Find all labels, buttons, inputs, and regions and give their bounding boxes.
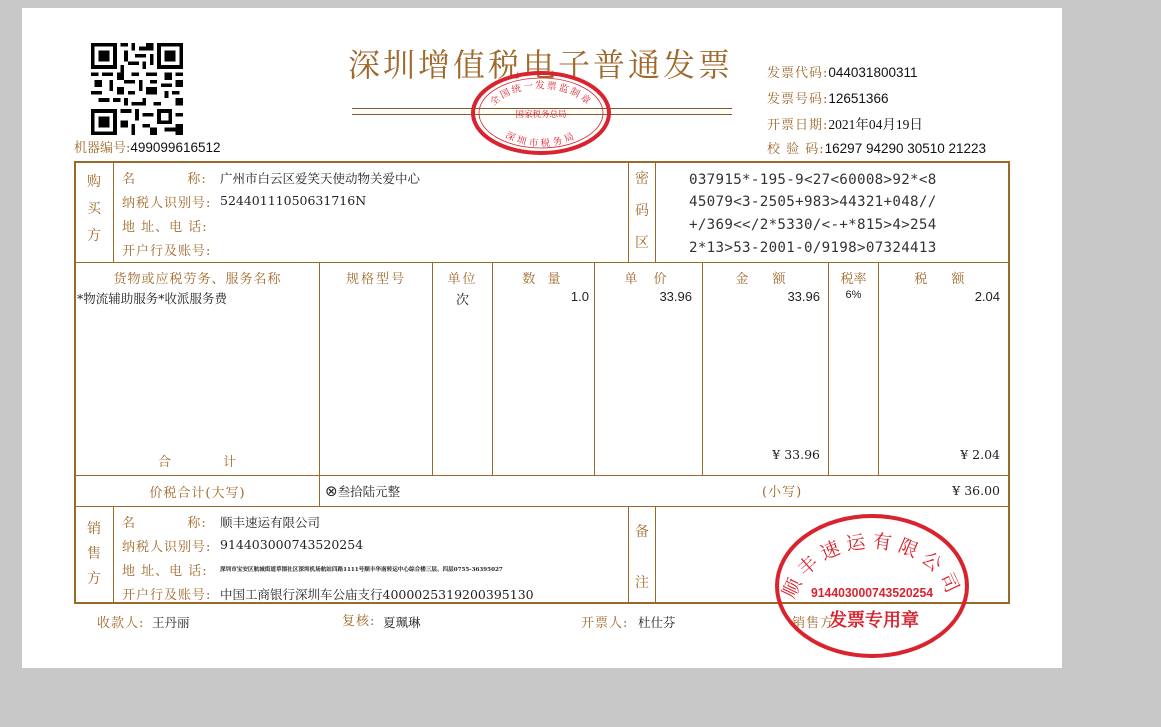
divider-remarks-label: [655, 506, 656, 604]
buyer-name-label: 名 称:: [122, 168, 207, 187]
invoice-code: 发票代码:044031800311: [767, 62, 918, 81]
check-code-value: 16297 94290 30510 21223: [825, 141, 986, 156]
grand-total-upper-label: 价税合计(大写): [76, 482, 319, 501]
divider-remarks-left: [628, 506, 629, 604]
invoice-date-value: 2021年04月19日: [828, 117, 923, 132]
issuer-name: 杜仕芬: [638, 613, 676, 631]
col-header-quantity: 数 量: [493, 268, 594, 287]
svg-text:914403000743520254: 914403000743520254: [811, 585, 934, 600]
seller-name-label: 名 称:: [122, 512, 207, 531]
item-tax: 2.04: [879, 289, 1000, 304]
machine-number-label: 机器编号:: [74, 141, 130, 156]
col-header-amount: 金 额: [703, 268, 828, 287]
divider-seller: [74, 506, 1010, 507]
check-code: 校 验 码:16297 94290 30510 21223: [767, 138, 986, 157]
cipher-line-2: 45079<3-2505+983>44321+048//: [689, 194, 937, 210]
cipher-line-3: +/369<</2*5330/<-+*815>4>254: [689, 217, 937, 233]
item-quantity: 1.0: [493, 289, 589, 304]
grand-total-lower-label: (小写): [762, 481, 802, 500]
divider-seller-label: [113, 506, 114, 604]
buyer-taxid: 52440111050631716N: [220, 193, 366, 208]
official-supervision-stamp-icon: 全国统一发票监制章 国家税务总局 深圳市税务局: [470, 70, 612, 156]
reviewer-label: 复核:: [342, 610, 375, 629]
circled-x-icon: ⊗: [325, 482, 338, 500]
item-amount: 33.96: [703, 289, 820, 304]
invoice-code-value: 044031800311: [828, 65, 917, 80]
cipher-line-1: 037915*-195-9<27<60008>92*<8: [689, 172, 937, 188]
seller-address-label: 地 址、电 话:: [122, 560, 208, 579]
col-header-spec: 规格型号: [320, 268, 432, 287]
svg-text:国家税务总局: 国家税务总局: [515, 109, 566, 120]
seller-bank-label: 开户行及账号:: [122, 584, 211, 603]
item-unit: 次: [433, 289, 492, 308]
cipher-label-2: 码: [632, 204, 652, 218]
seller-name: 顺丰速运有限公司: [220, 513, 320, 531]
buyer-label-1: 购: [84, 175, 104, 189]
svg-text:发票专用章: 发票专用章: [828, 609, 919, 631]
issuer-label: 开票人:: [581, 612, 628, 631]
reviewer-name: 夏珮琳: [383, 613, 421, 631]
seller-taxid-label: 纳税人识别号:: [122, 536, 211, 555]
seller-invoice-stamp-icon: 顺丰速运有限公司 914403000743520254 发票专用章: [772, 512, 972, 660]
divider-cipher-left: [628, 162, 629, 262]
divider-buyer-label: [113, 162, 114, 262]
machine-number: 机器编号:499099616512: [74, 137, 221, 156]
buyer-bank-label: 开户行及账号:: [122, 240, 211, 259]
divider-col-spec: [319, 262, 320, 506]
buyer-label-2: 买: [84, 202, 104, 216]
total-tax: ¥ 2.04: [879, 447, 1000, 462]
grand-total-upper: ⊗叁拾陆元整: [325, 482, 400, 500]
seller-label-3: 方: [84, 572, 104, 586]
machine-number-value: 499099616512: [130, 140, 220, 155]
payee-name: 王丹丽: [152, 613, 190, 631]
grand-total-upper-value: 叁拾陆元整: [338, 484, 401, 499]
cipher-label-3: 区: [632, 236, 652, 250]
svg-text:深圳市税务局: 深圳市税务局: [503, 130, 578, 150]
seller-label-1: 销: [84, 522, 104, 536]
item-name: *物流辅助服务*收派服务费: [77, 289, 227, 307]
grand-total-lower-value: ¥ 36.00: [879, 483, 1000, 498]
buyer-label-3: 方: [84, 229, 104, 243]
col-header-tax: 税 额: [879, 268, 1010, 287]
col-header-unit: 单位: [433, 268, 492, 287]
payee-label: 收款人:: [97, 612, 144, 631]
invoice-number: 发票号码:12651366: [767, 88, 888, 107]
qr-code-icon: [91, 43, 183, 135]
cipher-label-1: 密: [632, 172, 652, 186]
seller-label-2: 售: [84, 547, 104, 561]
seller-address: 深圳市宝安区航城街道草围社区深圳机场航站四路1111号顺丰华南转运中心综合楼三层…: [220, 565, 503, 573]
divider-cipher-label: [655, 162, 656, 262]
item-unit-price: 33.96: [595, 289, 692, 304]
divider-buyer-items: [74, 262, 1010, 263]
seller-taxid: 914403000743520254: [220, 537, 363, 552]
remarks-label-2: 注: [632, 576, 652, 590]
invoice-number-value: 12651366: [828, 91, 888, 106]
total-label: 合 计: [76, 451, 319, 470]
invoice-date: 开票日期:2021年04月19日: [767, 113, 923, 133]
buyer-taxid-label: 纳税人识别号:: [122, 192, 211, 211]
divider-total: [74, 475, 1010, 476]
buyer-name: 广州市白云区爱笑天使动物关爱中心: [220, 169, 420, 187]
buyer-address-label: 地 址、电 话:: [122, 216, 208, 235]
col-header-name: 货物或应税劳务、服务名称: [76, 268, 319, 287]
total-amount: ¥ 33.96: [703, 447, 820, 462]
cipher-line-4: 2*13>53-2001-0/9198>07324413: [689, 240, 937, 256]
remarks-label-1: 备: [632, 525, 652, 539]
seller-bank: 中国工商银行深圳车公庙支行4000025319200395130: [220, 585, 534, 603]
svg-text:全国统一发票监制章: 全国统一发票监制章: [488, 80, 595, 109]
col-header-unit-price: 单 价: [595, 268, 702, 287]
col-header-tax-rate: 税率: [829, 268, 878, 287]
item-tax-rate: 6%: [829, 289, 878, 301]
